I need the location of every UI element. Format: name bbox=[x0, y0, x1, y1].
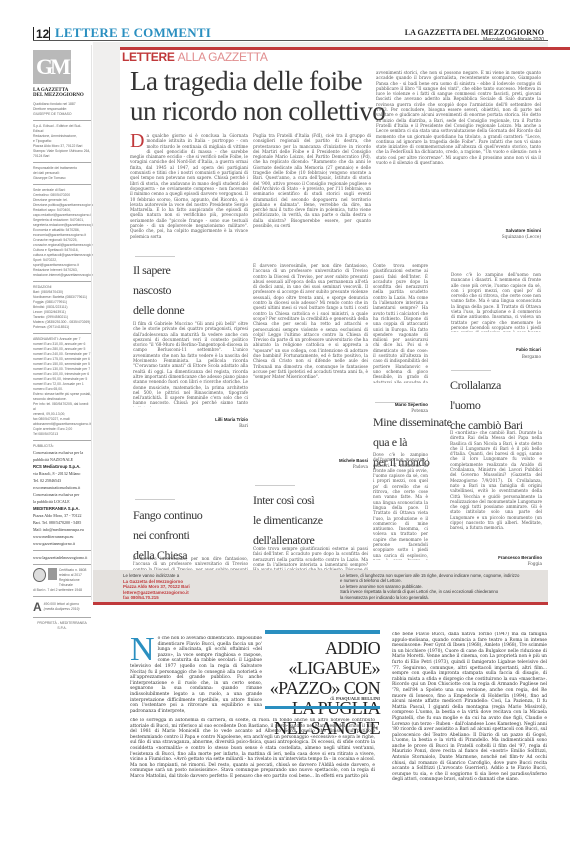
letter-title-line: Inter così così bbox=[253, 490, 323, 510]
rcs-name: RCS MediaGroup S.p.A. bbox=[33, 463, 91, 470]
divider bbox=[33, 120, 91, 121]
divider bbox=[33, 564, 91, 565]
letter-location: Padova bbox=[253, 464, 368, 469]
audipress-logo-icon: A bbox=[33, 600, 42, 614]
letter-title-line: l'uomo bbox=[450, 395, 523, 415]
lead-letter-text: a qualche giorno si è conclusa la Giorna… bbox=[130, 133, 248, 239]
submission-rules: Le lettere, di lunghezza non superiore a… bbox=[340, 573, 519, 600]
mediterranea-phone: Bari. Tel. 080/5470200 - 5485 bbox=[33, 519, 91, 526]
letter-body-continued: Conte trova sempre giustificazioni ester… bbox=[373, 263, 428, 383]
logo-line-2: DEL MEZZOGIORNO bbox=[33, 93, 84, 98]
mediterranea-name: MEDITERRANEA S.p.A. bbox=[33, 505, 91, 512]
letter-rule bbox=[375, 402, 415, 403]
submission-address: Piazza Aldo Moro 37, 70122 Bari bbox=[123, 584, 190, 590]
lead-letter-text: avvenimenti storici, che non si possono … bbox=[376, 70, 541, 165]
abbonamenti-line: Per info: tel. 080/5470205, dal lunedì a… bbox=[33, 402, 91, 412]
divider bbox=[33, 184, 91, 185]
page-number: 12 bbox=[36, 27, 49, 41]
article-byline: di PASQUALE BELLINI bbox=[265, 696, 380, 702]
registration-text: di Bari n. 7 del 2 settembre 1948 bbox=[33, 588, 91, 593]
letter-signature: Michele Bassi bbox=[253, 458, 368, 463]
letter-rule bbox=[135, 499, 175, 500]
pubblicita-nazionale-line: pubblicità NAZIONALE bbox=[33, 456, 91, 463]
rule-line: Sarà invece rispettata la volontà di que… bbox=[340, 589, 519, 594]
page-number-bar bbox=[49, 27, 50, 40]
publisher-line: S.p.A. Edisud - Editrice del Sud-Edisud bbox=[33, 124, 91, 134]
info-red-bar bbox=[93, 602, 548, 605]
article-intro: No che non lo avevamo dimenticato. Impos… bbox=[130, 636, 262, 716]
publisher-line: 70124 Bari bbox=[33, 154, 91, 159]
director-name: GIUSEPPE DE TOMASO bbox=[33, 112, 91, 117]
redazione-line: Potenza: (0971/418511) bbox=[33, 325, 91, 330]
rcs-address: via Rizzoli, 8 - 20132 Milano bbox=[33, 470, 91, 477]
gazzetta-website-link[interactable]: www.gazzettaneogiorno.it bbox=[33, 540, 91, 547]
certification-row: Certificato n. 8608 relativo al 2017 Reg… bbox=[33, 568, 91, 588]
kicker-light: ALLA GAZZETTA bbox=[178, 50, 268, 64]
letter-title-line: le dimenticanze bbox=[253, 510, 323, 530]
certification-seal-icon bbox=[33, 568, 46, 582]
letter-title-line: Fango continuo bbox=[133, 505, 202, 525]
divider bbox=[33, 440, 91, 441]
rcs-phone: Tel. 02 25846543 bbox=[33, 477, 91, 484]
pubblicita-locale-line: Concessionaria esclusiva per bbox=[33, 491, 91, 498]
logo-wordmark: LA GAZZETTA DEL MEZZOGIORNO bbox=[33, 88, 84, 98]
letter-body: È davvero inverosimile, per non dire fan… bbox=[133, 556, 248, 571]
lead-letter-text: Puglia tra Fratelli d'Italia (FdI), cioè… bbox=[253, 133, 371, 228]
contact-email-link[interactable]: redazione.internet@gazzettamezzogiorno.i… bbox=[33, 273, 91, 278]
letter-title-line: delle donne bbox=[133, 300, 184, 320]
letter-title-line: nascosto bbox=[133, 280, 184, 300]
submission-address-block: Le lettere vanno indirizzate a La Gazzet… bbox=[123, 573, 190, 601]
ownership-text: PROPRIETÀ - MEDITERRANEA S.P.A. bbox=[33, 621, 91, 631]
headline-line-1: La tragedia delle foibe bbox=[130, 66, 385, 96]
divider bbox=[33, 333, 91, 334]
newspaper-logo-icon: GM bbox=[33, 50, 71, 84]
cert-line: Registrazione Tribunale bbox=[59, 578, 91, 588]
privacy-line: Giuseppe De Tomaso bbox=[33, 176, 91, 181]
certification-text: Certificato n. 8608 relativo al 2017 Reg… bbox=[59, 568, 91, 588]
letter-location: Bari bbox=[133, 423, 248, 428]
article-column-right: che bene Flavio Bucci, dalla nativa Tori… bbox=[392, 632, 547, 804]
letter-title: Inter così così le dimenticanze dell'all… bbox=[253, 490, 323, 550]
lead-letter-col1: Da qualche giorno si è conclusa la Giorn… bbox=[130, 133, 248, 241]
divider bbox=[33, 617, 91, 618]
lead-letter-col2: Puglia tra Fratelli d'Italia (FdI), cioè… bbox=[253, 133, 371, 241]
letter-body: Dove c'è lo zampino dell'uomo non mancan… bbox=[373, 452, 428, 560]
kicker-bold: LETTERE bbox=[122, 50, 175, 64]
letter-body: Conte trova sempre giustificazioni ester… bbox=[253, 546, 368, 571]
page-number-bar bbox=[33, 27, 34, 40]
header-rule bbox=[33, 40, 548, 41]
letter-title-line: nei confronti bbox=[133, 525, 202, 545]
abbonamenti-block: ABBONAMENTI: Annuale per 7 numeri Euro 3… bbox=[33, 337, 91, 437]
letters-kicker: LETTERE ALLA GAZZETTA bbox=[122, 50, 268, 64]
rcs-website-link[interactable]: rcscommunicationsolutions.it bbox=[33, 484, 91, 491]
letter-rule bbox=[451, 370, 491, 371]
mediterranea-address: Piazza Aldo Moro, 37 - 70122 bbox=[33, 512, 91, 519]
headline-top-rule bbox=[265, 630, 380, 634]
lead-letter-signature: Salvatore Sisinni bbox=[376, 228, 541, 233]
divider bbox=[33, 550, 91, 551]
submission-fax: fax 080/54.70.215 bbox=[123, 595, 190, 601]
byline-prefix: di bbox=[330, 697, 334, 702]
redazioni-list: Bari: (080/5470430) Nordbarese: Barletta… bbox=[33, 290, 91, 330]
pubblicita-locale-line: la pubblicità LOCALE bbox=[33, 498, 91, 505]
divider bbox=[33, 596, 91, 597]
contacts-block: Sede centrale di Bari: Centralino: 080/5… bbox=[33, 188, 91, 278]
mediterranea-email-link[interactable]: Mail: info@mediterraneaspa.eu bbox=[33, 526, 91, 533]
readers-note: (media Audipress 2019) bbox=[44, 607, 80, 612]
rule-line: la riservatezza per indicando la loro ge… bbox=[340, 595, 519, 600]
letter-title: Il sapere nascosto delle donne bbox=[133, 260, 184, 320]
lead-letter-headline: La tragedia delle foibe un ricordo non c… bbox=[130, 66, 385, 126]
letter-signature: Francesco Berardino bbox=[450, 555, 542, 560]
letters-submission-info: Le lettere vanno indirizzate a La Gazzet… bbox=[93, 570, 548, 602]
publisher-block: S.p.A. Edisud - Editrice del Sud-Edisud … bbox=[33, 124, 91, 159]
letter-title-line: Crollalanza bbox=[450, 375, 523, 395]
readers-row: A 490.000 lettori al giorno (media Audip… bbox=[33, 600, 91, 614]
main-website-link[interactable]: www.lagazzettadelmezzogiorno.it bbox=[33, 554, 91, 561]
sidebar-imprint: Quotidiano fondato nel 1887 Direttore re… bbox=[33, 102, 91, 631]
letter-body: Il film di Gabriele Muccino "Gli anni pi… bbox=[133, 321, 248, 407]
letter-body: Il «nordista» che cambiò Bari. Durante l… bbox=[450, 430, 542, 552]
divider bbox=[33, 281, 91, 282]
article-column-left: che lo sorregga in autonomia di carriera… bbox=[130, 718, 375, 804]
divider bbox=[33, 162, 91, 163]
byline-author: PASQUALE BELLINI bbox=[336, 696, 380, 701]
article-dropcap: N bbox=[130, 636, 155, 663]
pubblicita-nazionale-line: Concessionaria esclusiva per la bbox=[33, 449, 91, 456]
headline-line-2: un ricordo non collettivo bbox=[130, 96, 385, 126]
abbonamenti-line: ABBONAMENTI: Annuale per 7 numeri Euro 3… bbox=[33, 337, 91, 347]
abbonamenti-line: Tel 080/5470213 bbox=[33, 432, 91, 437]
lead-letter-col3: avvenimenti storici, che non si possono … bbox=[376, 70, 541, 225]
headline-line: ADDIO «LIGABUE» bbox=[265, 638, 380, 678]
masthead: LA GAZZETTA DEL MEZZOGIORNO bbox=[405, 28, 544, 37]
letter-rule bbox=[135, 256, 175, 257]
lead-letter-location: Squinzano (Lecce) bbox=[376, 234, 541, 239]
letter-title: Crollalanza l'uomo che cambiò Bari bbox=[450, 375, 523, 435]
letter-title-line: qua e là bbox=[373, 432, 452, 452]
privacy-block: Responsabile del trattamento dei dati pe… bbox=[33, 166, 91, 181]
dropcap: D bbox=[130, 133, 144, 149]
letter-location: Bergamo bbox=[451, 354, 541, 359]
letter-title-line: Mine disseminate bbox=[373, 412, 452, 432]
fieg-logo-icon bbox=[48, 568, 57, 580]
mediterranea-website-link[interactable]: www.mediterraneaspa.eu bbox=[33, 533, 91, 540]
letter-location: Foggia bbox=[450, 561, 542, 566]
column-divider bbox=[91, 45, 92, 600]
letter-body-continued: Dove c'è lo zampino dell'uomo non mancan… bbox=[451, 272, 541, 332]
section-title: LETTERE E COMMENTI bbox=[55, 25, 211, 41]
letter-signature: Lilli Maria Trizio bbox=[133, 417, 248, 422]
headline-bottom-rule bbox=[265, 706, 380, 709]
letter-signature: Fabio Sicari bbox=[451, 347, 541, 352]
letter-body-continued: È davvero inverosimile, per non dire fan… bbox=[253, 263, 368, 408]
letter-title-line: Il sapere bbox=[133, 260, 184, 280]
letter-rule bbox=[255, 485, 295, 486]
